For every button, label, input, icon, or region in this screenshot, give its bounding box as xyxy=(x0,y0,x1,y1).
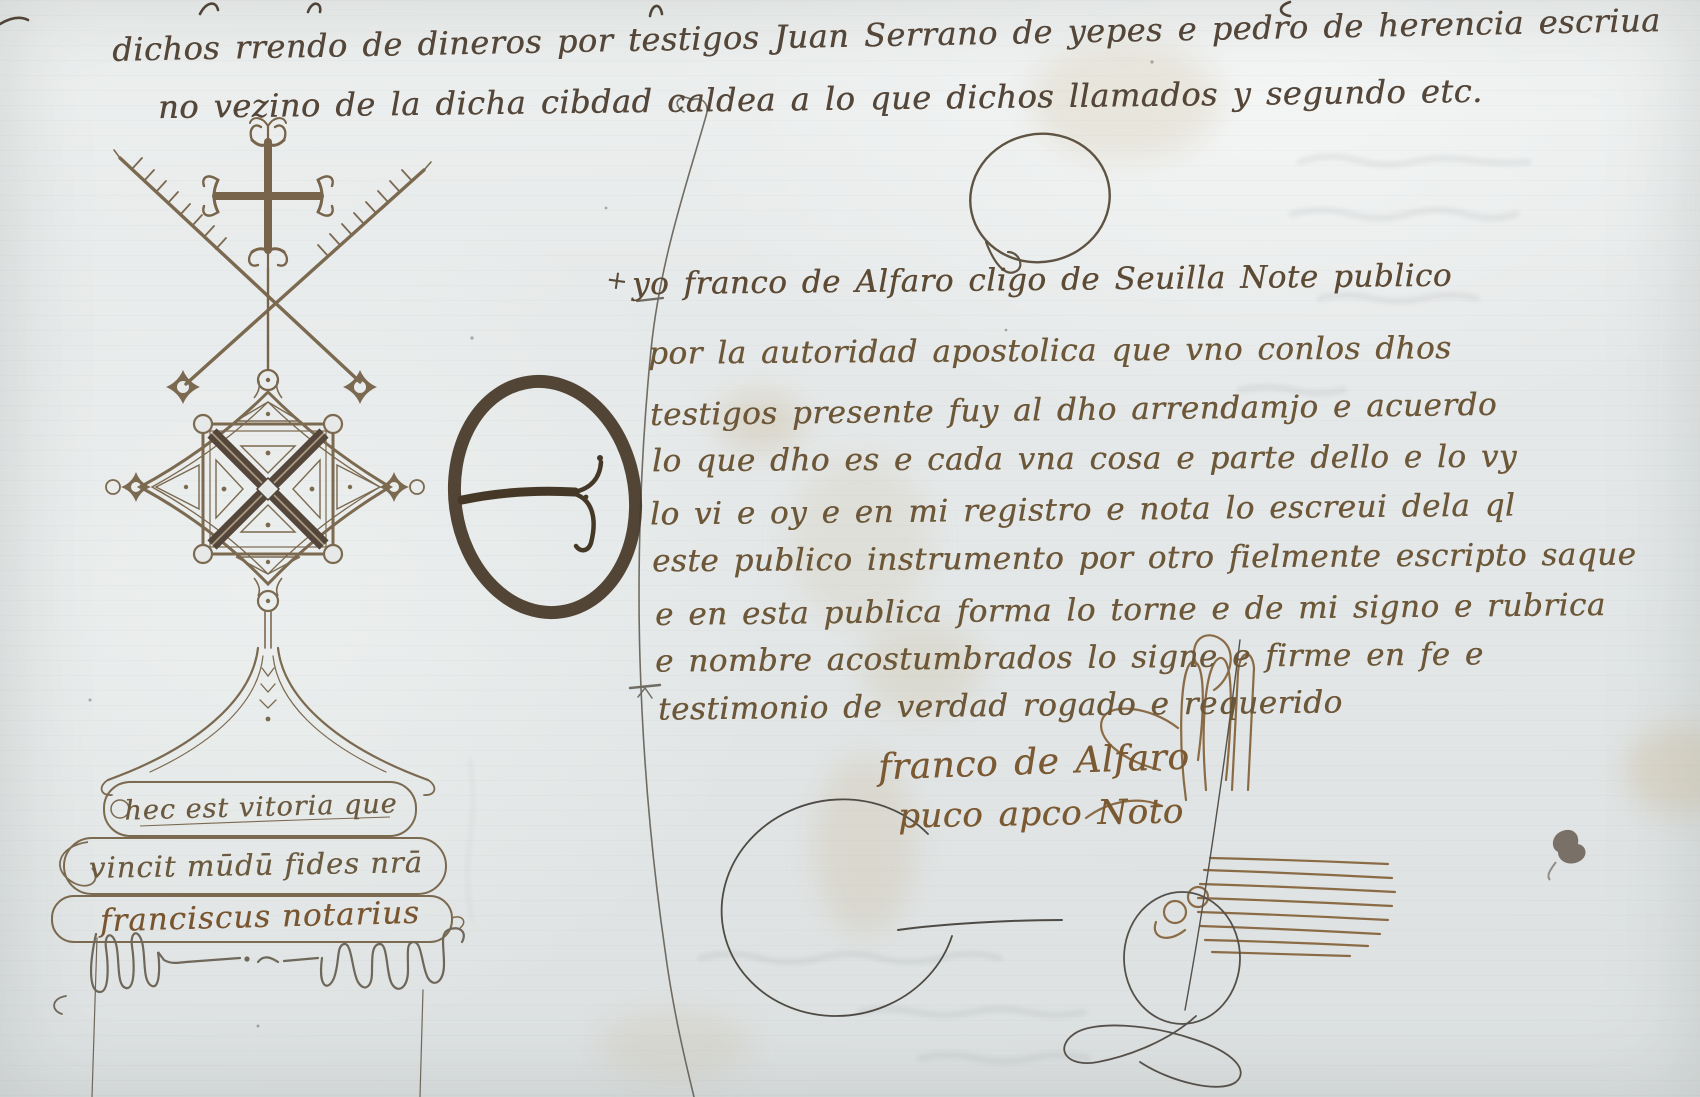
cross-patonce-icon xyxy=(203,118,332,268)
initial-e xyxy=(440,370,651,625)
crossed-rods xyxy=(114,150,431,384)
lozenge-ornament xyxy=(106,379,424,611)
motto-line-2: vincit mūdū fides nrā xyxy=(80,845,433,885)
body-text-line: este publico instrumento por otro fielme… xyxy=(652,537,1637,580)
body-text-line: e nombre acostumbrados lo signe e firme … xyxy=(655,636,1484,679)
notarial-signum xyxy=(52,118,464,1097)
pedestal-bell xyxy=(102,612,435,795)
body-text-line: por la autoridad apostolica que vno conl… xyxy=(648,330,1452,372)
body-text-line: lo que dho es e cada vna cosa e parte de… xyxy=(652,439,1517,480)
body-text-line: testimonio de verdad rogado e requerido xyxy=(658,684,1343,727)
notary-cross-mark: + xyxy=(604,265,630,298)
saltire-bands xyxy=(212,433,324,545)
signum-flourish xyxy=(54,928,464,1097)
manuscript-page: dichos rrendo de dineros por testigos Ju… xyxy=(0,0,1700,1097)
ink-blot xyxy=(1548,830,1585,880)
signum-axis xyxy=(258,268,278,390)
line1-loop-flourish xyxy=(958,121,1122,275)
signature-title: puco apco Noto xyxy=(898,792,1184,837)
